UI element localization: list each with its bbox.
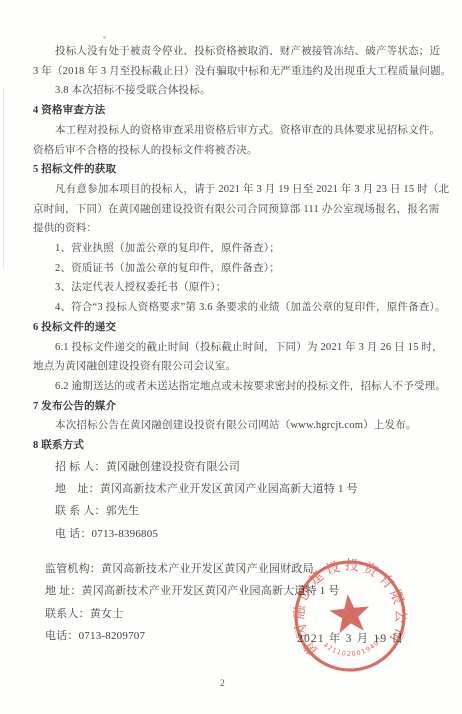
contact-line-person: 联 系 人：郭先生	[55, 500, 434, 522]
doc-line: 6.2 逾期送达的或者未送达指定地点或未按要求密封的投标文件，招标人不予受理。	[33, 377, 434, 397]
section-heading-contact-info: 8 联系方式	[33, 436, 434, 456]
list-item-business-license: 1、营业执照（加盖公章的复印件，原件备查）；	[33, 239, 434, 259]
contact-line-tenderer: 招 标 人：黄冈融创建设投资有限公司	[55, 456, 434, 478]
seal-serial-text: 4211020019497	[321, 634, 386, 661]
list-item-authorization: 3、法定代表人授权委托书（原件）；	[33, 278, 434, 298]
seal-star-icon	[328, 592, 372, 634]
document-page: 投标人没有处于被责令停业、投标资格被取消、财产被接管冻结、破产等状态；近 3 年…	[0, 0, 462, 714]
scan-speck-artifact	[103, 36, 106, 39]
section-heading-announcement-media: 7 发布公告的媒介	[33, 397, 434, 417]
doc-line: 投标人没有处于被责令停业、投标资格被取消、财产被接管冻结、破产等状态；近	[33, 42, 434, 62]
bidder-contact-block: 招 标 人：黄冈融创建设投资有限公司 地 址：黄冈高新技术产业开发区黄冈产业园高…	[33, 456, 434, 545]
section-heading-bid-submission: 6 投标文件的递交	[33, 318, 434, 338]
doc-line: 提供的资料：	[33, 219, 434, 239]
section-heading-qualification-review: 4 资格审查方法	[33, 101, 434, 121]
doc-line: 3 年（2018 年 3 月至投标截止日）没有骗取中标和无严重违约及出现重大工程…	[33, 62, 434, 82]
doc-line: 本工程对投标人的资格审查采用资格后审方式。资格审查的具体要求见招标文件。	[33, 121, 434, 141]
company-seal-stamp: 黄冈融创建设投资有限公司 4211020019497	[279, 545, 422, 688]
list-item-qualification-cert: 2、资质证书（加盖公章的复印件，原件备查）；	[33, 259, 434, 279]
contact-line-phone: 电 话：0713-8396805	[55, 523, 434, 545]
list-item-performance: 4、符合“3 投标人资格要求”第 3.6 条要求的业绩（加盖公章的复印件，原件备…	[33, 298, 434, 318]
doc-line: 3.8 本次招标不接受联合体投标。	[33, 81, 434, 101]
doc-line: 地点为黄冈融创建设投资有限公司会议室。	[33, 357, 434, 377]
contact-line-address: 地 址：黄冈高新技术产业开发区黄冈产业园高新大道特 1 号	[55, 478, 434, 500]
doc-line: 京时间，下同）在黄冈融创建设投资有限公司合同预算部 111 办公室现场报名，报名…	[33, 200, 434, 220]
scan-edge-artifact	[3, 88, 4, 268]
doc-line: 本次招标公告在黄冈融创建设投资有限公司网站（www.hgrcjt.com）上发布…	[33, 416, 434, 436]
svg-text:4211020019497: 4211020019497	[321, 634, 386, 661]
doc-line: 凡有意参加本项目的投标人，请于 2021 年 3 月 19 日至 2021 年 …	[33, 180, 434, 200]
doc-line: 资格后审不合格的投标人的投标文件将被否决。	[33, 141, 434, 161]
page-number: 2	[220, 679, 225, 689]
doc-line: 6.1 投标文件递交的截止时间（投标截止时间，下同）为 2021 年 3 月 2…	[33, 338, 434, 358]
section-heading-obtain-documents: 5 招标文件的获取	[33, 160, 434, 180]
